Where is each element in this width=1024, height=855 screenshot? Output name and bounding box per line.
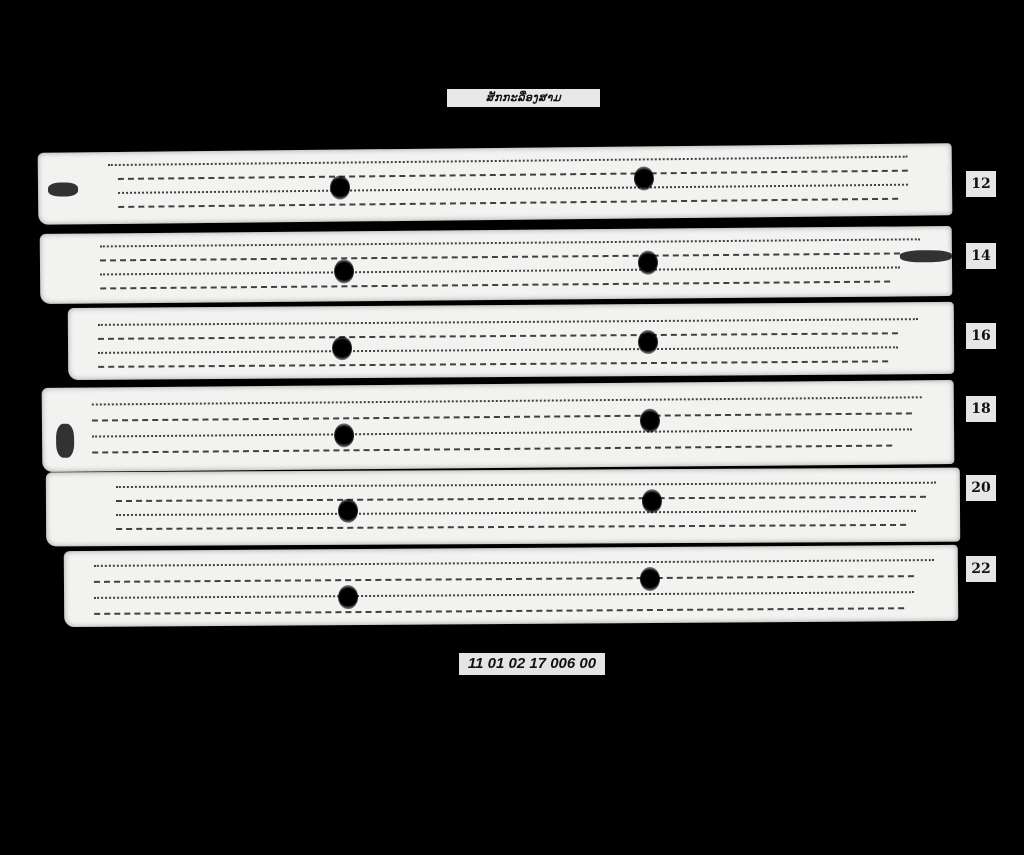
page-number-label: 16 xyxy=(966,323,996,349)
text-line xyxy=(94,557,934,567)
text-line xyxy=(118,196,898,208)
palm-leaf-page-16 xyxy=(68,302,954,380)
binding-hole xyxy=(640,567,660,591)
binding-hole xyxy=(338,585,358,609)
text-line xyxy=(98,344,898,354)
text-line xyxy=(94,589,914,599)
text-line xyxy=(100,264,900,275)
text-line xyxy=(92,410,912,421)
text-line xyxy=(92,443,892,454)
text-line xyxy=(98,330,898,340)
text-line xyxy=(118,168,908,180)
binding-hole xyxy=(634,166,654,190)
binding-hole xyxy=(640,409,660,433)
ink-stain xyxy=(56,424,74,458)
palm-leaf-page-20 xyxy=(46,468,960,547)
page-number-label: 18 xyxy=(966,396,996,422)
page-number-label: 22 xyxy=(966,556,996,582)
text-line xyxy=(100,279,890,290)
palm-leaf-page-22 xyxy=(64,545,959,627)
text-line xyxy=(98,316,918,326)
text-line xyxy=(116,494,926,502)
palm-leaf-page-12 xyxy=(38,143,953,225)
text-line xyxy=(100,236,920,247)
text-line xyxy=(94,605,904,615)
text-line xyxy=(94,573,914,583)
page-number-label: 14 xyxy=(966,243,996,269)
binding-hole xyxy=(642,489,662,513)
text-line xyxy=(116,522,906,530)
binding-hole xyxy=(332,336,352,360)
manuscript-title-label: ສັກກະລືອງສາມ xyxy=(447,89,600,107)
binding-hole xyxy=(334,423,354,447)
ink-stain xyxy=(48,182,78,196)
palm-leaf-page-18 xyxy=(42,380,955,472)
binding-hole xyxy=(638,330,658,354)
binding-hole xyxy=(330,176,350,200)
palm-leaf-page-14 xyxy=(40,226,953,304)
text-line xyxy=(92,426,912,437)
page-number-label: 12 xyxy=(966,171,996,197)
binding-hole xyxy=(338,499,358,523)
text-line xyxy=(92,394,922,405)
ink-stain xyxy=(900,250,952,262)
text-line xyxy=(116,480,936,488)
text-line xyxy=(116,508,916,516)
binding-hole xyxy=(334,259,354,283)
binding-hole xyxy=(638,251,658,275)
catalog-id-label: 11 01 02 17 006 00 xyxy=(459,653,605,675)
text-line xyxy=(98,358,888,368)
page-number-label: 20 xyxy=(966,475,996,501)
text-line xyxy=(100,250,900,261)
text-line xyxy=(108,154,908,166)
text-line xyxy=(118,182,908,194)
